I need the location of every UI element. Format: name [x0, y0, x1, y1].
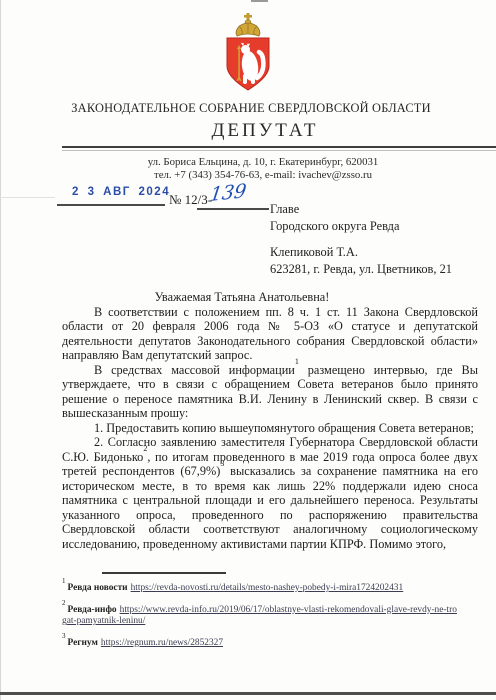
paragraph-text: В средствах массовой информации	[94, 363, 295, 377]
letterhead-role-title: ДЕПУТАТ	[0, 120, 496, 142]
scan-artifact-top	[251, 0, 268, 2]
paragraph-legal-basis: В соответствии с положением пп. 8 ч. 1 с…	[62, 305, 478, 363]
date-stamp: 2 3 АВГ 2024	[72, 186, 170, 198]
scan-artifact-fold	[0, 197, 55, 198]
footnote-marker: 2	[62, 599, 66, 607]
recipient-block: Главе Городского округа Ревда Клепиковой…	[270, 201, 452, 278]
document-number-underline	[197, 208, 269, 210]
scan-edge-bottom	[0, 692, 496, 695]
letterhead-divider-echo	[62, 150, 496, 151]
recipient-title: Главе	[270, 201, 452, 218]
letterhead-contacts: тел. +7 (343) 354-76-63, e-mail: ivachev…	[0, 169, 496, 181]
date-stamp-underline	[57, 204, 165, 206]
footnote-3: 3Регнумhttps://regnum.ru/news/2852327	[62, 634, 458, 650]
footnote-url: https://www.revda-info.ru/2019/06/17/obl…	[62, 605, 457, 627]
footnote-url: https://revda-novosti.ru/details/mesto-n…	[131, 583, 404, 593]
organization-name: ЗАКОНОДАТЕЛЬНОЕ СОБРАНИЕ СВЕРДЛОВСКОЙ ОБ…	[0, 101, 496, 116]
scanned-letter-page: ЗАКОНОДАТЕЛЬНОЕ СОБРАНИЕ СВЕРДЛОВСКОЙ ОБ…	[0, 0, 496, 700]
footnote-marker: 3	[62, 632, 66, 640]
recipient-name: Клепиковой Т.А.	[270, 244, 452, 261]
footnote-marker: 1	[62, 577, 66, 585]
footnote-ref-2: 2	[143, 444, 147, 453]
footnote-2: 2Ревда-инфоhttps://www.revda-info.ru/201…	[62, 601, 458, 628]
letterhead-divider	[62, 146, 496, 148]
footnote-url: https://regnum.ru/news/2852327	[101, 638, 223, 648]
letter-body: Уважаемая Татьяна Анатольевна! В соответ…	[62, 290, 478, 551]
paragraph-media-claim: В средствах массовой информации1 размеще…	[62, 363, 478, 421]
sverdlovsk-coat-of-arms-icon	[219, 13, 277, 97]
letterhead-address: ул. Бориса Ельцина, д. 10, г. Екатеринбу…	[0, 156, 496, 168]
request-item-2: 2. Согласно заявлению заместителя Губерн…	[62, 435, 478, 551]
handwritten-number: 139	[209, 180, 248, 206]
footnote-source: Ревда новости	[68, 583, 128, 593]
document-number: № 12/3-	[169, 192, 212, 208]
footnote-ref-1: 1	[295, 357, 299, 366]
footnote-source: Ревда-инфо	[68, 605, 117, 615]
footnote-separator	[102, 572, 226, 574]
recipient-org: Городского округа Ревда	[270, 218, 452, 235]
footnote-1: 1Ревда новостиhttps://revda-novosti.ru/d…	[62, 579, 458, 595]
footnote-source: Регнум	[68, 638, 98, 648]
request-item-1: 1. Предоставить копию вышеупомянутого об…	[62, 421, 478, 436]
salutation: Уважаемая Татьяна Анатольевна!	[62, 290, 478, 305]
recipient-address: 623281, г. Ревда, ул. Цветников, 21	[270, 261, 452, 278]
footnote-ref-3: 3	[220, 459, 224, 468]
footnotes-block: 1Ревда новостиhttps://revda-novosti.ru/d…	[62, 579, 458, 655]
